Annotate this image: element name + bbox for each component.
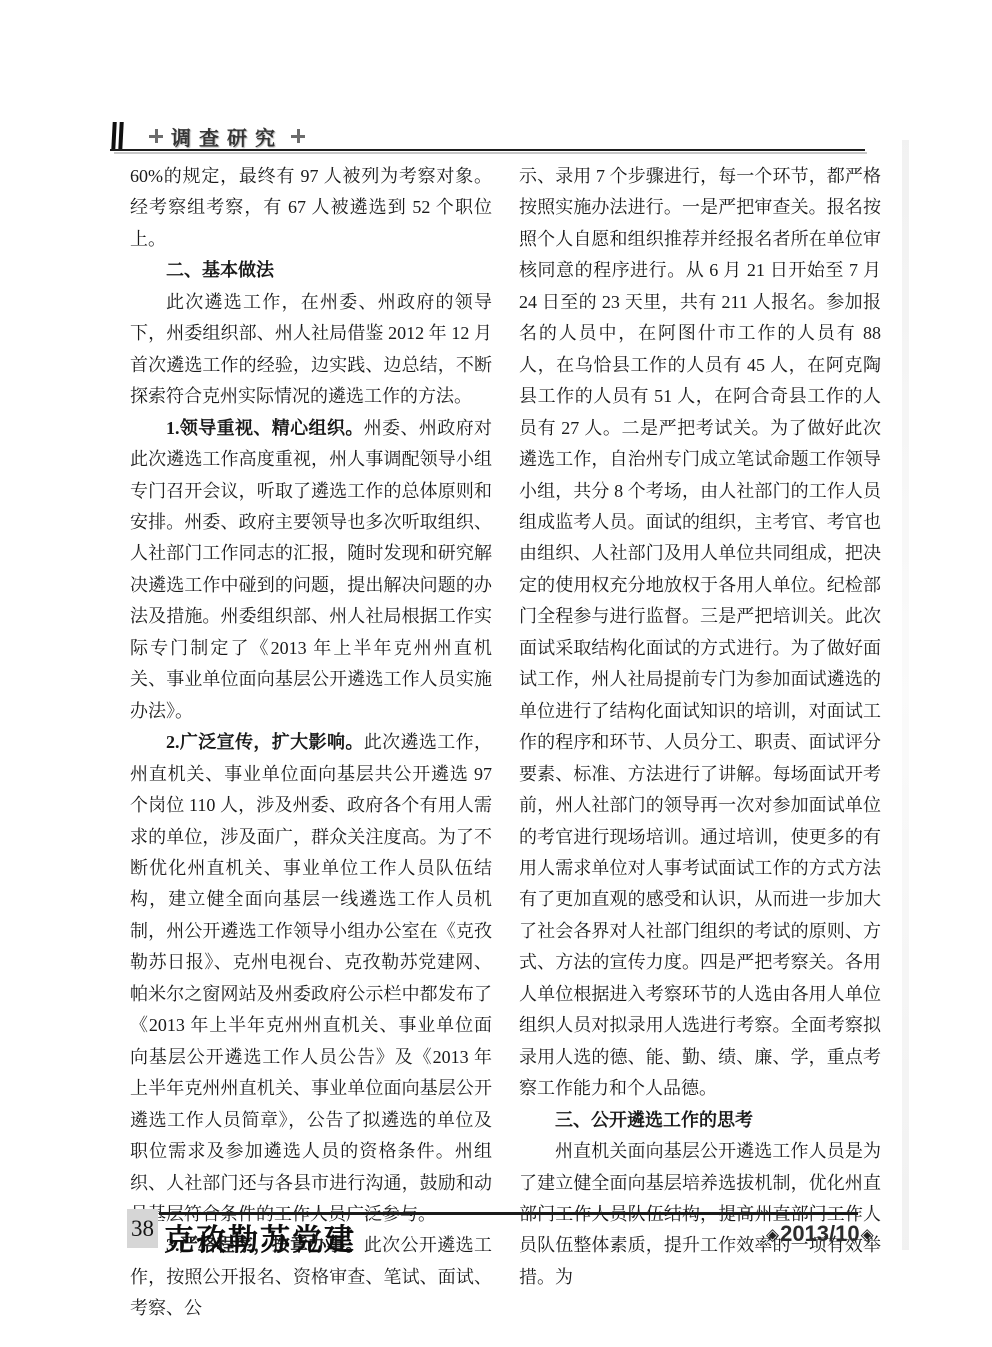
- section-heading: 二、基本做法: [130, 255, 492, 286]
- paragraph-text: 60%的规定，最终有 97 人被列为考察对象。经考察组考察，有 67 人被遴选到…: [130, 166, 492, 249]
- section-label: 调查研究: [171, 122, 283, 151]
- paragraph: 此次遴选工作，在州委、州政府的领导下，州委组织部、州人社局借鉴 2012 年 1…: [130, 287, 492, 413]
- issue-text: 2013/10: [780, 1221, 860, 1247]
- left-column: 60%的规定，最终有 97 人被列为考察对象。经考察组考察，有 67 人被遴选到…: [130, 161, 492, 1325]
- paragraph: 60%的规定，最终有 97 人被列为考察对象。经考察组考察，有 67 人被遴选到…: [130, 161, 492, 255]
- article-body: 60%的规定，最终有 97 人被列为考察对象。经考察组考察，有 67 人被遴选到…: [130, 161, 882, 1325]
- document-page: 调查研究 60%的规定，最终有 97 人被列为考察对象。经考察组考察，有 67 …: [0, 0, 992, 1347]
- header-rule: [110, 149, 865, 151]
- paragraph-text: 此次遴选工作，州直机关、事业单位面向基层共公开遴选 97 个岗位 110 人，涉…: [130, 732, 492, 1224]
- double-bar-icon: [112, 122, 123, 150]
- diamond-ornament-icon: ◈: [861, 1225, 874, 1245]
- paragraph: 示、录用 7 个步骤进行，每一个环节，都严格按照实施办法进行。一是严把审查关。报…: [519, 161, 881, 1105]
- journal-title: 克孜勒苏党建: [164, 1215, 356, 1259]
- paragraph-lead: 2.广泛宣传，扩大影响。: [166, 732, 364, 752]
- diamond-ornament-icon: ◈: [766, 1225, 779, 1245]
- cross-ornament-icon: [149, 129, 163, 143]
- paragraph-text: 示、录用 7 个步骤进行，每一个环节，都严格按照实施办法进行。一是严把审查关。报…: [519, 166, 881, 1098]
- scan-artifact: [902, 140, 909, 1250]
- issue-date: ◈ 2013/10 ◈: [766, 1221, 874, 1247]
- section-heading: 三、公开遴选工作的思考: [519, 1105, 881, 1136]
- paragraph-text: 此次遴选工作，在州委、州政府的领导下，州委组织部、州人社局借鉴 2012 年 1…: [130, 292, 492, 406]
- paragraph-text: 州委、州政府对此次遴选工作高度重视，州人事调配领导小组专门召开会议，听取了遴选工…: [130, 418, 492, 721]
- paragraph: 2.广泛宣传，扩大影响。此次遴选工作，州直机关、事业单位面向基层共公开遴选 97…: [130, 727, 492, 1230]
- cross-ornament-icon: [291, 129, 305, 143]
- paragraph: 1.领导重视、精心组织。州委、州政府对此次遴选工作高度重视，州人事调配领导小组专…: [130, 413, 492, 728]
- page-number: 38: [127, 1209, 158, 1248]
- paragraph-lead: 1.领导重视、精心组织。: [166, 418, 364, 438]
- right-column: 示、录用 7 个步骤进行，每一个环节，都严格按照实施办法进行。一是严把审查关。报…: [519, 161, 881, 1325]
- page-header: 调查研究: [112, 120, 313, 152]
- header-rule-shadow: [114, 152, 867, 154]
